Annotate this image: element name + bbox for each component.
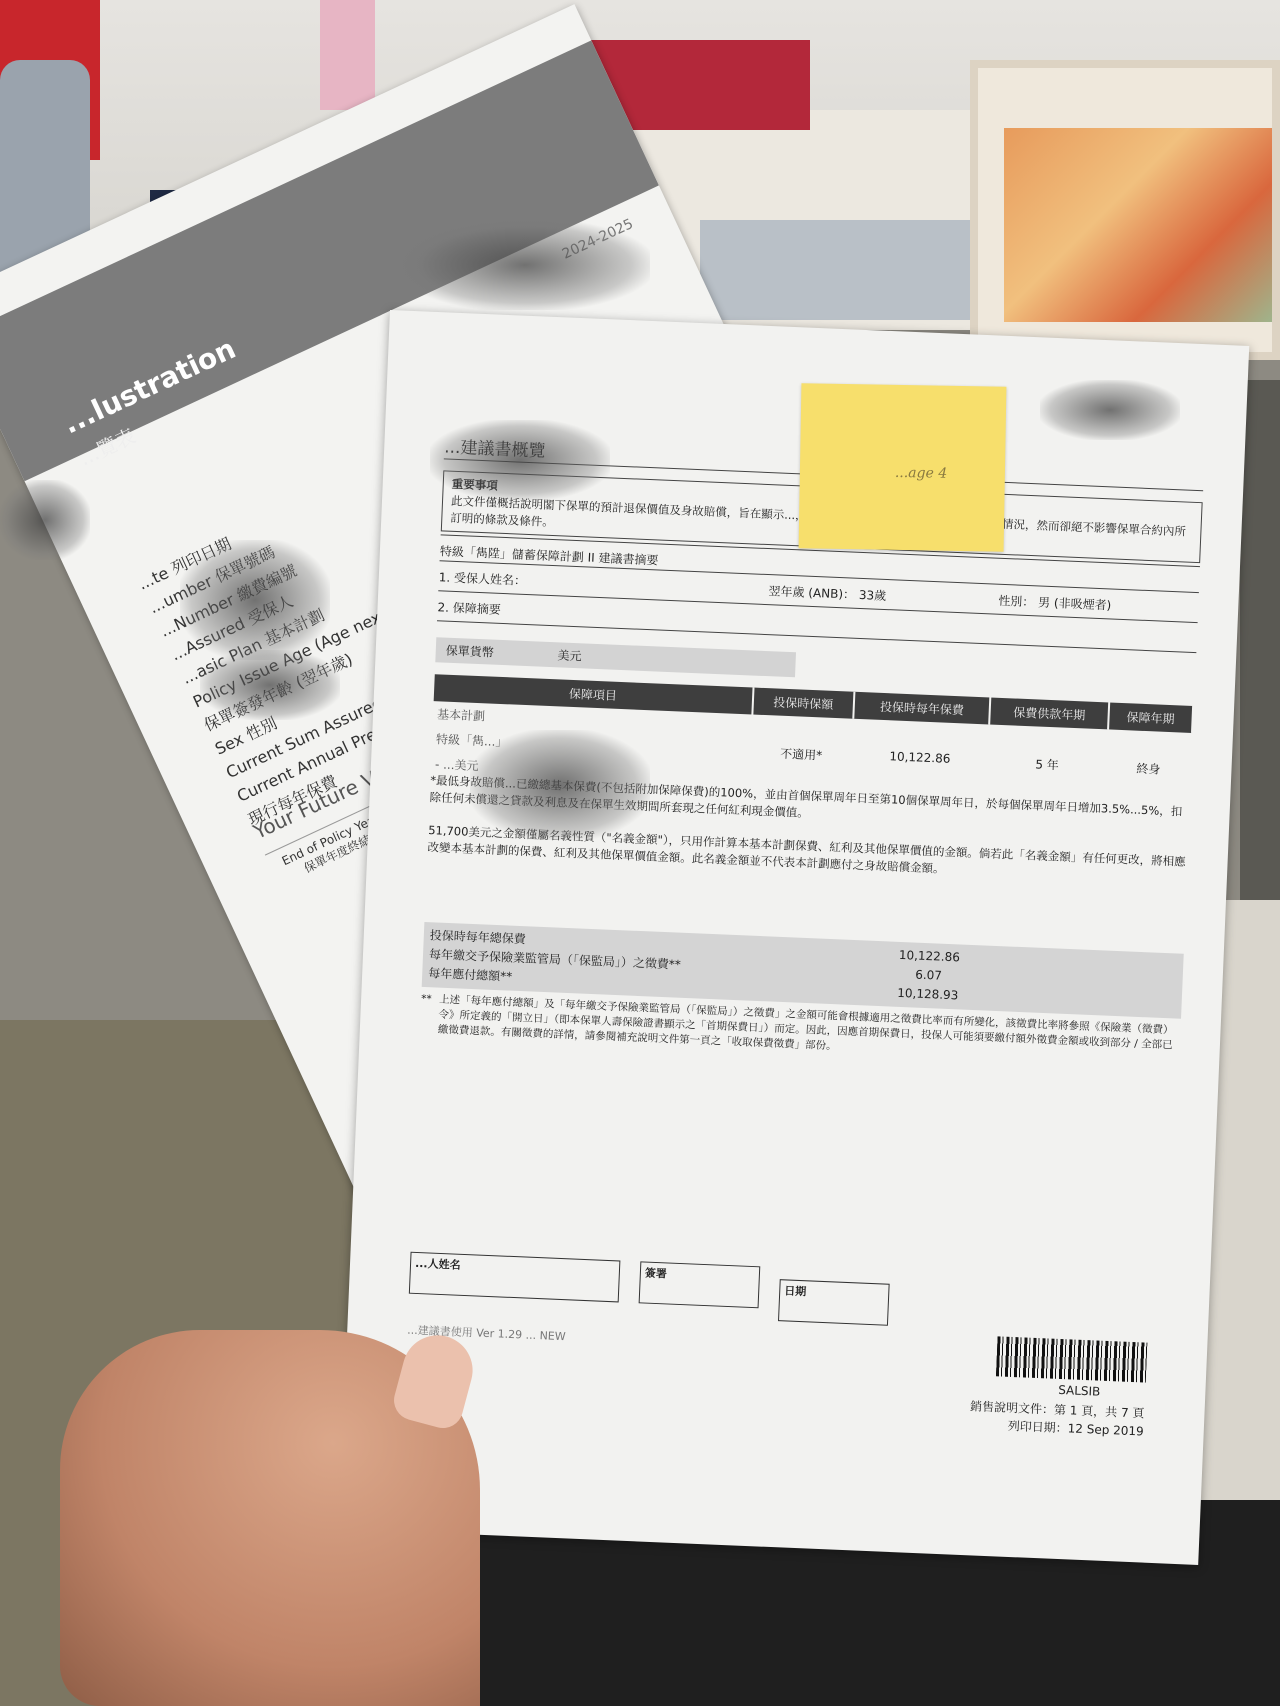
column-header: 保障年期 [1108, 702, 1193, 732]
field-label: 簽署 [645, 1267, 668, 1281]
sticky-note: ...age 4 [799, 383, 1007, 552]
sex-value: 男 (非吸煙者) [1038, 595, 1112, 612]
age-value: 33歲 [859, 588, 887, 603]
currency-value: 美元 [557, 648, 582, 663]
currency-label: 保單貨幣 [445, 644, 494, 660]
field-label: ...人姓名 [415, 1257, 461, 1272]
page-info: 銷售說明文件：第 1 頁，共 7 頁 列印日期：12 Sep 2019 [969, 1397, 1145, 1440]
signature-field-name[interactable]: ...人姓名 [409, 1252, 621, 1303]
cell-coverage-term [1107, 729, 1192, 757]
cell-coverage-term: 終身 [1106, 754, 1191, 782]
sex-label: 性別： [998, 594, 1035, 609]
redaction-scribble [470, 730, 650, 840]
insured-label: 1. 受保人姓名： [439, 570, 527, 588]
field-label: 日期 [784, 1284, 807, 1298]
pink-sign [320, 0, 375, 110]
levy-note-mark: ** [421, 992, 432, 1007]
framed-artwork [1004, 128, 1272, 322]
redaction-scribble [0, 480, 90, 560]
dark-edge [1240, 380, 1280, 900]
redaction-scribble [400, 220, 650, 310]
signature-field-date[interactable]: 日期 [778, 1279, 890, 1326]
barcode [996, 1336, 1148, 1382]
column-header: 投保時保額 [752, 688, 854, 719]
summary-value: 10,128.93 [867, 983, 988, 1007]
age-label: 翌年歲 (ANB)： [768, 584, 855, 602]
shelf-panel [700, 220, 970, 320]
redaction-scribble [1040, 380, 1180, 440]
redaction-scribble [180, 540, 330, 660]
redaction-scribble [430, 420, 610, 500]
currency-row: 保單貨幣 美元 [435, 637, 796, 677]
picture-frame [970, 60, 1280, 360]
handwritten-note: ...age 4 [895, 465, 948, 482]
redaction-scribble [200, 650, 340, 720]
signature-field-signature[interactable]: 簽署 [639, 1261, 761, 1308]
barcode-label: SALSIB [1058, 1383, 1101, 1399]
